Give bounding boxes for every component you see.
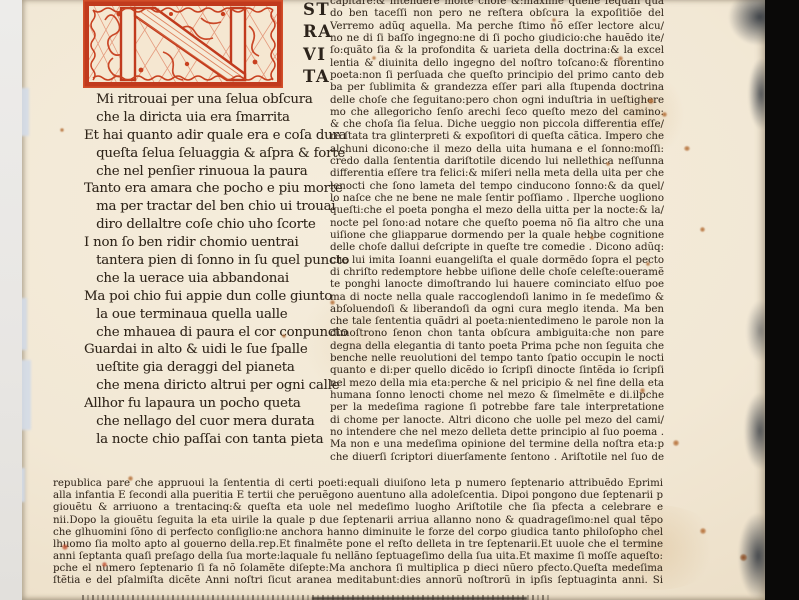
verse-line: tantera pien di ſonno in ſu quel puncto [84,252,356,270]
left-torn-edge [22,88,29,136]
black-backdrop [764,0,799,600]
verse-line: ma per tractar del ben chio ui trouai [84,198,356,216]
foxing-spot [590,236,594,240]
commentary-line: pche el numero ſeptenario ſi fa nõ ſolam… [53,563,663,575]
commentary-line: lhuomo ſia molto apto al gouerno della.r… [53,539,663,551]
commentary-line: quanto e di:per quello dicẽdo io ſcripſi… [330,365,664,377]
commentary-line: alla infantia E ſecondi alla pueritia E … [53,490,663,502]
commentary-line: ſtẽtia e del pſalmiſta dicẽte Anni noſtr… [53,575,663,587]
foxing-spot [62,544,68,550]
ink-smudge [744,392,765,470]
commentary-line: che glhuomini ſõno di perfecto conſiglio… [53,527,663,539]
commentary-line: nocte pel ſono:ad notare che queſto poem… [330,218,664,230]
commentary-line: ma di nocte nella quale raccoglendoſi la… [330,292,664,304]
foxing-spot [128,476,133,481]
commentary-line: che tale ſententia quãdri al poeta:nient… [330,316,664,328]
commentary-line: lo naſce che ne bene ne male ſentir poſſ… [330,193,664,205]
commentary-line: delle choſe dallui deſcripte in queſte t… [330,242,664,254]
foxing-spot [646,262,650,266]
photographed-incunabulum-page: N STRAVITA Mi ritrouai per una ſelua obſ… [0,0,799,600]
verse-line: Allhor fu lapaura un pocho queta [84,395,356,413]
woodcut-initial-n [83,0,283,88]
versal-letters: ST [303,0,333,21]
commentary-line: di chome per lanocte. Altri dicono che u… [330,415,664,427]
verse-line: che nellago del cuor mera durata [84,413,356,431]
foxing-spot [330,300,335,305]
commentary-line: anni ſeptanta quaſi preſago della ſua mo… [53,551,663,563]
versal-title-fragment: STRAVITA [303,0,333,88]
ink-smudge [746,300,765,362]
verse-line: Tanto era amara che pocho e piu morte [84,180,356,198]
foxing-spot [282,334,286,338]
verse-line: Mi ritrouai per una ſelua obſcura [84,91,356,109]
verse-line: diro dellaltre coſe chio uho ſcorte [84,216,356,234]
bottom-commentary-block: republica pare che appruoui la ſententia… [53,478,663,588]
verse-line: che mena diricto altrui per ogni calle [84,377,356,395]
foxing-spot [684,146,690,151]
versal-letters: TA [303,66,333,88]
verse-line: I non ſo ben ridir chomio uentrai [84,234,356,252]
commentary-line: do ben taceſſi non pero ne reſtera obſcu… [330,8,664,20]
foxing-spot [640,388,645,393]
versal-letters: RA [303,21,333,43]
commentary-line: mo che allegoricho ſenſo arechi ſeco que… [330,107,664,119]
commentary-line: ſo:quãto ſia & la profondita & uarieta d… [330,45,664,57]
verse-line: Ma poi chio fui appie dun colle giunto [84,288,356,306]
foxing-spot [618,56,623,61]
commentary-line: lentia & diuinita dello ingegno del noſt… [330,58,664,70]
commentary-line: abſoluendoſi & liberandoſi da ogni cura … [330,304,664,316]
commentary-line: republica pare che appruoui la ſententia… [53,478,663,490]
verse-line: la nocte chio paſſai con tanta pieta [84,431,356,449]
ink-smudge [728,0,765,46]
verse-line: la oue terminaua quella ualle [84,306,356,324]
commentary-line: per la medeſima ragione ſi potrebbe fare… [330,402,664,414]
commentary-line: Ma non e una medeſima opinione del termi… [330,439,664,451]
left-torn-edge [22,360,31,430]
commentary-line: di chriſto redemptore hebbe uiſione dell… [330,267,664,279]
commentary-line: dimoſtrono ſenon chon tanta obſcura ambi… [330,328,664,340]
commentary-line: che diuerſi ſcriptori diuerſamente ſento… [330,452,664,464]
commentary-line: capitare:& intendere molte choſe &:maxim… [330,0,664,8]
commentary-line: differentia eſſere tra felici:& miſeri n… [330,168,664,180]
verse-line: Et hai quanto adir quale era e coſa dura [84,127,356,145]
commentary-line: delle choſe che ſeguitano:pero chon ogni… [330,95,664,107]
commentary-line: humana ſonno lenocti chome nel mezo & ſi… [330,390,664,402]
foxing-spot [372,56,376,60]
foxing-spot [648,98,654,104]
verse-line: che mhauea di paura el cor conpuncto [84,324,356,342]
foxing-spot [740,554,747,561]
versal-letters: VI [303,44,333,66]
commentary-line: nel mezo della mia eta:perche & nel pric… [330,378,664,390]
foxing-spot [102,562,107,567]
commentary-line: giouẽtu & arriuono a trentacinq:& queſta… [53,502,663,514]
commentary-line: poeta:non ſi perſuada che queſto princip… [330,70,664,82]
verse-column: Mi ritrouai per una ſelua obſcura che la… [84,91,356,449]
verse-line: ueſtite gia deraggi del pianeta [84,359,356,377]
commentary-line: te ponghi lanocte dimoſtrando lui hauere… [330,279,664,291]
verse-line: queſta ſelua ſeluaggia & aſpra & forte [84,145,356,163]
commentary-line: benche nelle reuolutioni del tempo tanto… [330,353,664,365]
commentary-line: alchuni dicono:che il mezo della uita hu… [330,144,664,156]
commentary-line: nii.Dopo la giouẽtu ſeguita la eta uiril… [53,515,663,527]
left-torn-edge [22,468,25,502]
verse-line: che la diricta uia era ſmarrita [84,109,356,127]
commentary-line: no intendere che nel mezo delleta dette … [330,427,664,439]
foxing-spot [673,440,679,446]
left-torn-edge [22,298,27,350]
commentary-line: ba per ſublimita & grandezza eſſer pari … [330,82,664,94]
commentary-line: che lui imita Ioanni euangeliſta el qual… [330,255,664,267]
verse-line: che nel penſier rinuoua la paura [84,163,356,181]
foxing-spot [606,162,610,166]
commentary-line: queſti:che el poeta pongha el mezo della… [330,205,664,217]
foxing-spot [700,227,705,232]
book-page: N STRAVITA Mi ritrouai per una ſelua obſ… [22,0,765,600]
foxing-spot [662,112,667,117]
commentary-line: credo dalla ſententia dariſtotile dicend… [330,156,664,168]
ink-smudge [748,58,765,130]
verse-line: che la uerace uia abbandonai [84,270,356,288]
commentary-line: lenocti che ſono lameta del tempo cinduc… [330,181,664,193]
verse-line: Guardai in alto & uidi le ſue ſpalle [84,341,356,359]
foxing-spot [552,18,556,22]
commentary-line: Verremo adũq aquella. Ma perche ſtimo nõ… [330,21,664,33]
commentary-line: degna della elegantia di tanto poeta Pri… [330,341,664,353]
commentary-line: no ne di ſi baſſo ingegno:ne di ſi pocho… [330,33,664,45]
foxing-spot [700,528,706,534]
commentary-line: uiſione che gliapparue dormendo per la q… [330,230,664,242]
commentary-line: re ſtata tra glinterpreti & expoſitori d… [330,131,664,143]
commentary-column: capitare:& intendere molte choſe &:maxim… [330,0,664,464]
commentary-line: & che choſa ſia ſelua. Diche ueggio non … [330,119,664,131]
foxing-spot [60,128,64,132]
